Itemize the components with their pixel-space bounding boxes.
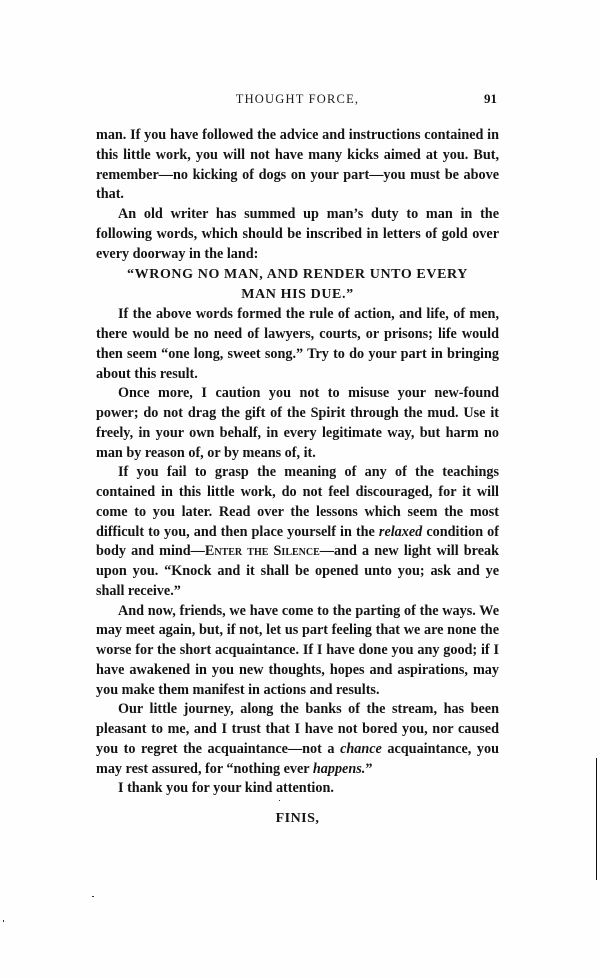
italic-relaxed: relaxed	[379, 524, 422, 540]
paragraph-parting: And now, friends, we have come to the pa…	[96, 602, 499, 701]
paragraph-thanks: I thank you for your kind attention.	[96, 779, 499, 799]
running-title: THOUGHT FORCE,	[96, 92, 499, 107]
closing-finis: FINIS,	[96, 811, 499, 827]
italic-chance: chance	[340, 741, 382, 757]
scan-speck	[3, 920, 4, 922]
paragraph-old-writer: An old writer has summed up man’s duty t…	[96, 205, 499, 264]
paragraph-continuation: man. If you have followed the advice and…	[96, 126, 499, 205]
body-text: man. If you have followed the advice and…	[96, 126, 499, 799]
italic-happens: happens.	[313, 761, 365, 777]
text-fragment: ”	[365, 761, 372, 777]
paragraph-rule-of-action: If the above words formed the rule of ac…	[96, 305, 499, 384]
paragraph-journey: Our little journey, along the banks of t…	[96, 700, 499, 779]
scan-speck	[92, 896, 94, 897]
block-quote-maxim: “WRONG NO MAN, AND RENDER UNTO EVERY MAN…	[96, 265, 499, 305]
paragraph-teachings: If you fail to grasp the meaning of any …	[96, 463, 499, 601]
scan-speck	[279, 800, 280, 801]
quote-line-1: “WRONG NO MAN, AND RENDER UNTO EVERY	[96, 265, 499, 285]
paragraph-caution: Once more, I caution you not to misuse y…	[96, 384, 499, 463]
page-number: 91	[484, 91, 497, 107]
smallcaps-enter-the-silence: Enter the Silence	[205, 543, 320, 559]
quote-line-2: MAN HIS DUE.”	[96, 285, 499, 305]
book-page: THOUGHT FORCE, 91 man. If you have follo…	[0, 0, 600, 978]
running-head: THOUGHT FORCE, 91	[96, 91, 499, 109]
scan-edge-line	[596, 758, 597, 880]
